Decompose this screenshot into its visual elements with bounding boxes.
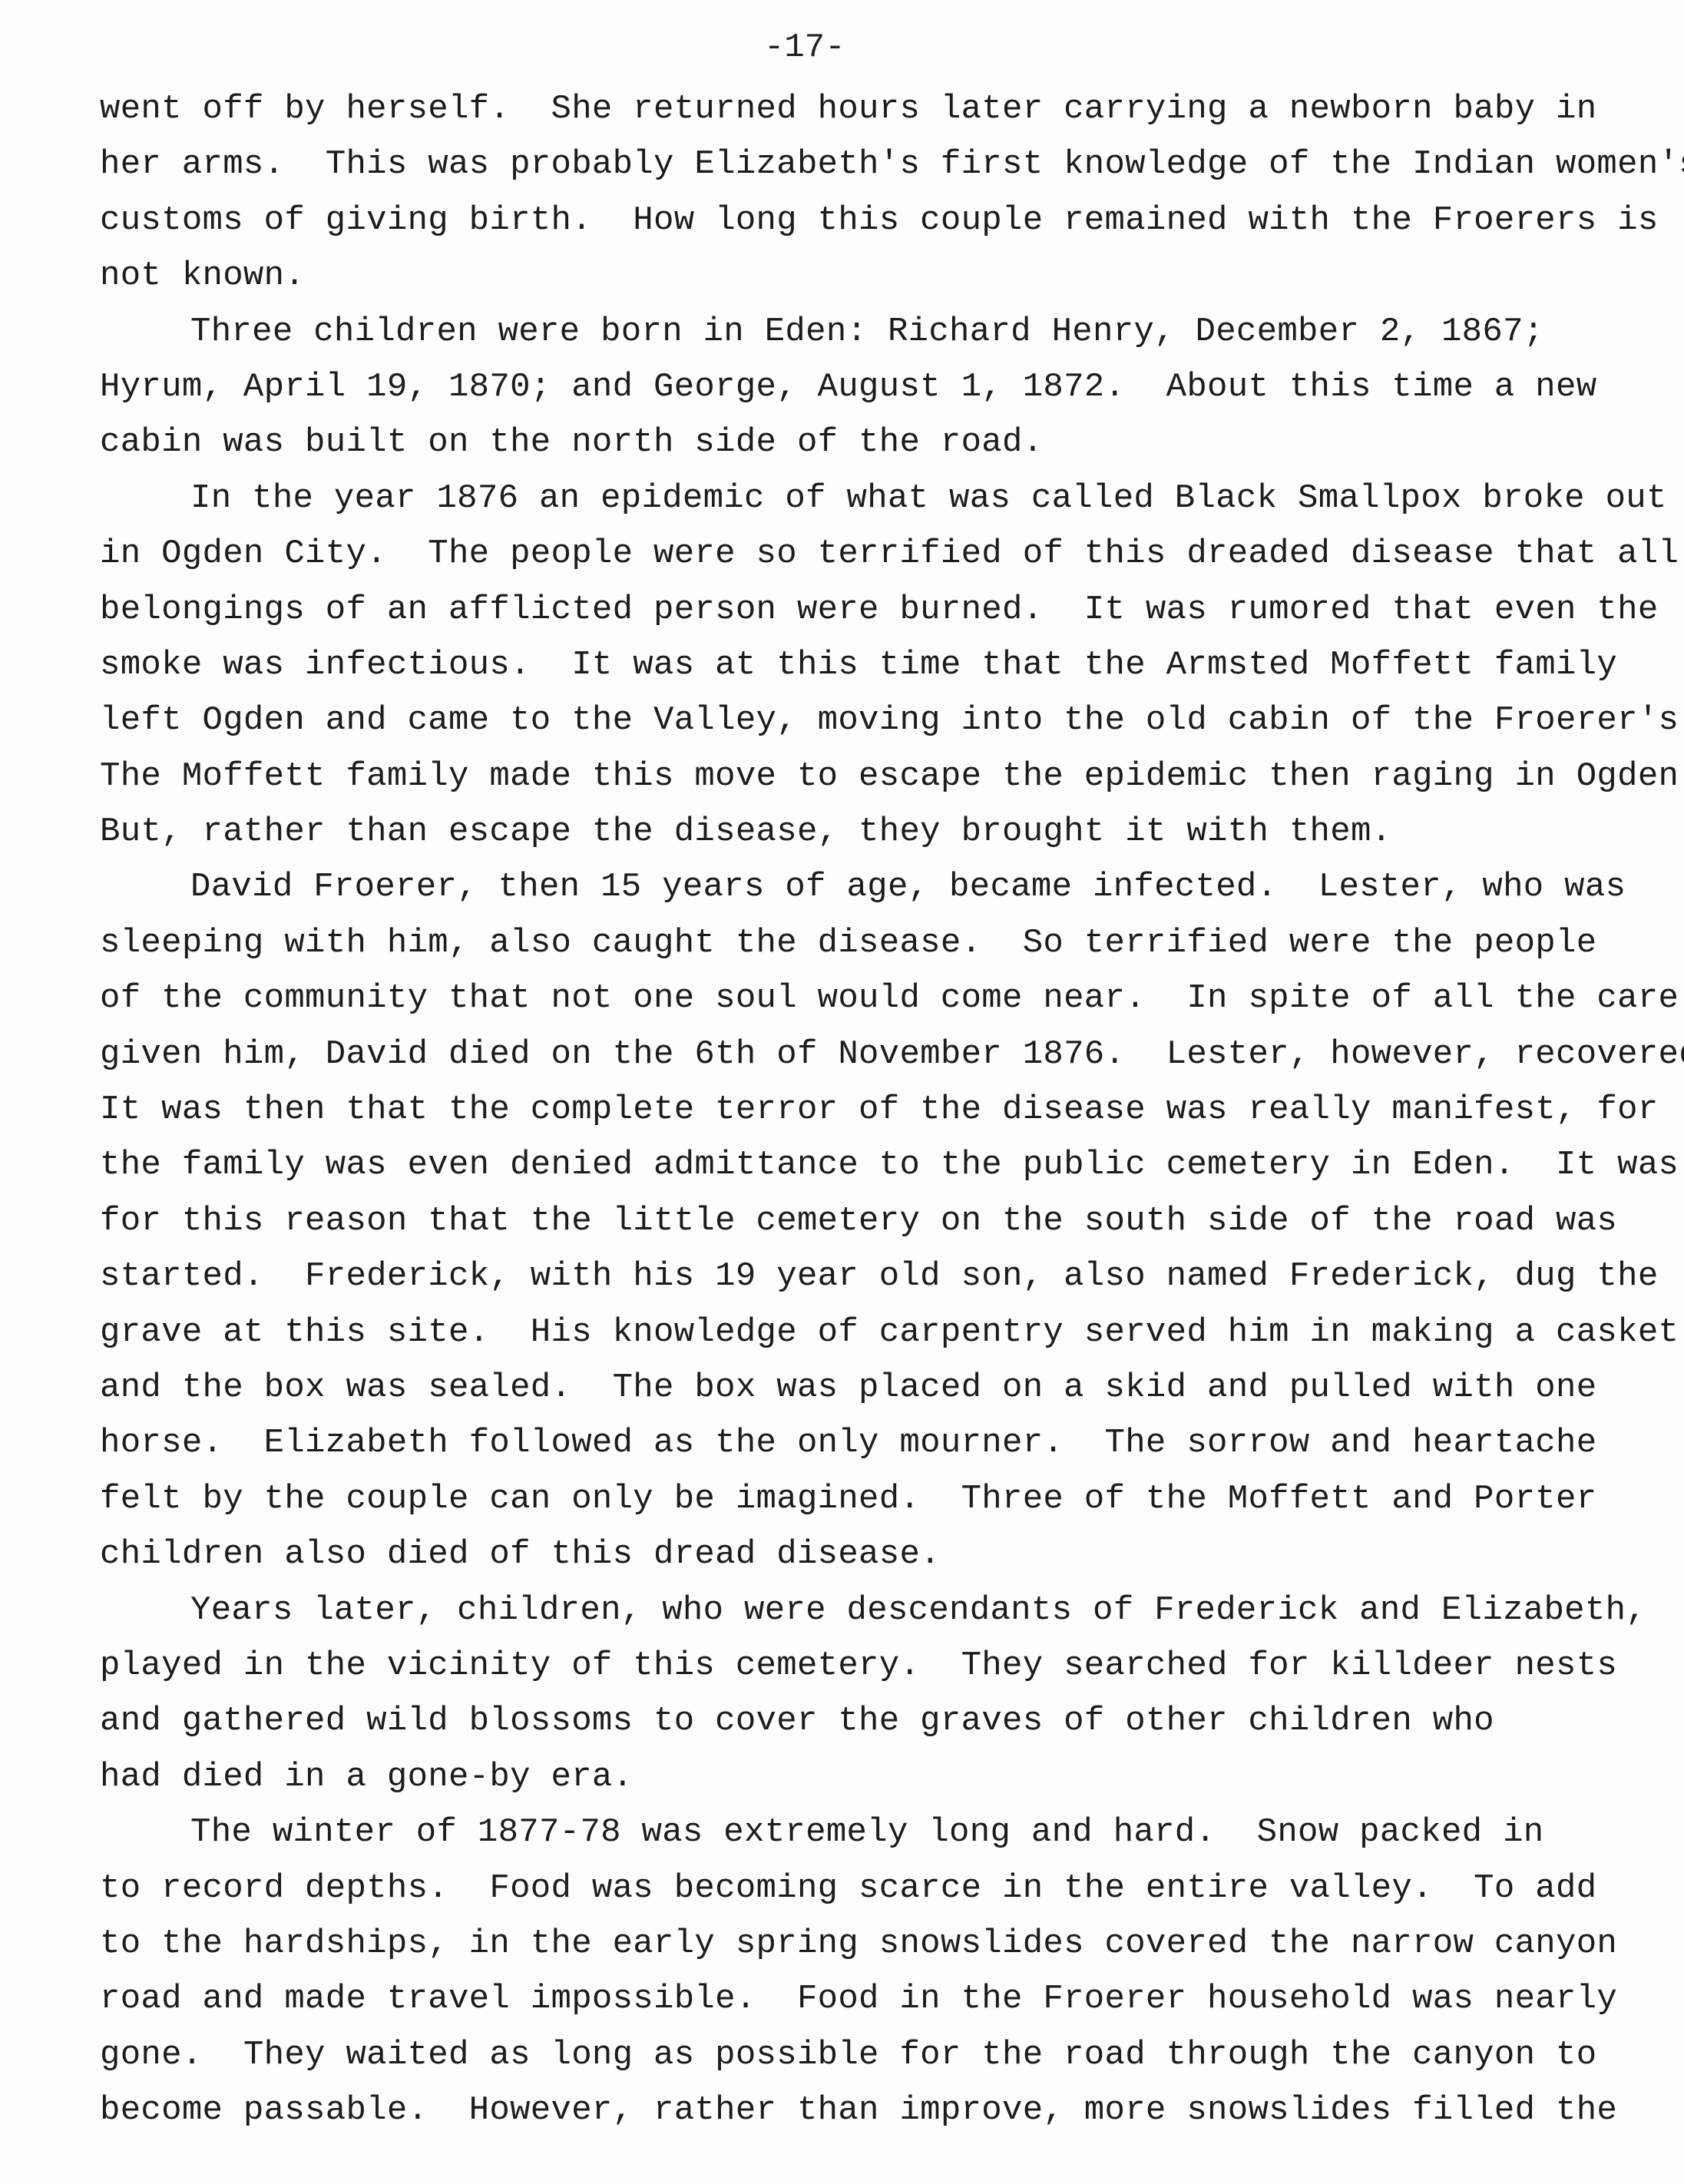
text-line: horse. Elizabeth followed as the only mo… <box>100 1415 1636 1471</box>
paragraph: In the year 1876 an epidemic of what was… <box>100 471 1636 860</box>
paragraph: Years later, children, who were descenda… <box>100 1583 1636 1805</box>
text-line: to record depths. Food was becoming scar… <box>100 1861 1636 1916</box>
text-line: not known. <box>100 248 1636 303</box>
text-line: and the box was sealed. The box was plac… <box>100 1360 1636 1415</box>
text-line: cabin was built on the north side of the… <box>100 415 1636 470</box>
text-line: had died in a gone-by era. <box>100 1749 1636 1805</box>
text-line: It was then that the complete terror of … <box>100 1082 1636 1137</box>
text-line: belongings of an afflicted person were b… <box>100 582 1636 637</box>
text-line: children also died of this dread disease… <box>100 1527 1636 1582</box>
body-text: went off by herself. She returned hours … <box>100 81 1636 2138</box>
text-line: sleeping with him, also caught the disea… <box>100 915 1636 971</box>
text-line: Years later, children, who were descenda… <box>100 1583 1636 1638</box>
text-line: David Froerer, then 15 years of age, bec… <box>100 859 1636 915</box>
text-line: for this reason that the little cemetery… <box>100 1193 1636 1249</box>
text-line: played in the vicinity of this cemetery.… <box>100 1638 1636 1693</box>
text-line: left Ogden and came to the Valley, movin… <box>100 693 1636 748</box>
text-line: Three children were born in Eden: Richar… <box>100 304 1636 359</box>
text-line: become passable. However, rather than im… <box>100 2083 1636 2138</box>
text-line: went off by herself. She returned hours … <box>100 81 1636 137</box>
paragraph: David Froerer, then 15 years of age, bec… <box>100 859 1636 1582</box>
text-line: and gathered wild blossoms to cover the … <box>100 1693 1636 1749</box>
text-line: given him, David died on the 6th of Nove… <box>100 1027 1636 1082</box>
text-line: The Moffett family made this move to esc… <box>100 749 1636 804</box>
text-line: started. Frederick, with his 19 year old… <box>100 1249 1636 1304</box>
text-line: the family was even denied admittance to… <box>100 1137 1636 1193</box>
text-line: customs of giving birth. How long this c… <box>100 193 1636 248</box>
page-number: -17- <box>764 20 845 75</box>
text-line: grave at this site. His knowledge of car… <box>100 1305 1636 1360</box>
text-line: The winter of 1877-78 was extremely long… <box>100 1805 1636 1860</box>
text-line: Hyrum, April 19, 1870; and George, Augus… <box>100 359 1636 415</box>
text-line: But, rather than escape the disease, the… <box>100 804 1636 859</box>
text-line: smoke was infectious. It was at this tim… <box>100 637 1636 693</box>
document-page: -17- went off by herself. She returned h… <box>0 0 1684 2184</box>
text-line: in Ogden City. The people were so terrif… <box>100 526 1636 581</box>
text-line: In the year 1876 an epidemic of what was… <box>100 471 1636 526</box>
text-line: her arms. This was probably Elizabeth's … <box>100 137 1636 192</box>
text-line: gone. They waited as long as possible fo… <box>100 2027 1636 2083</box>
text-line: road and made travel impossible. Food in… <box>100 1971 1636 2027</box>
paragraph: The winter of 1877-78 was extremely long… <box>100 1805 1636 2138</box>
text-line: of the community that not one soul would… <box>100 971 1636 1026</box>
text-line: felt by the couple can only be imagined.… <box>100 1471 1636 1527</box>
paragraph: went off by herself. She returned hours … <box>100 81 1636 304</box>
paragraph: Three children were born in Eden: Richar… <box>100 304 1636 471</box>
text-line: to the hardships, in the early spring sn… <box>100 1916 1636 1971</box>
